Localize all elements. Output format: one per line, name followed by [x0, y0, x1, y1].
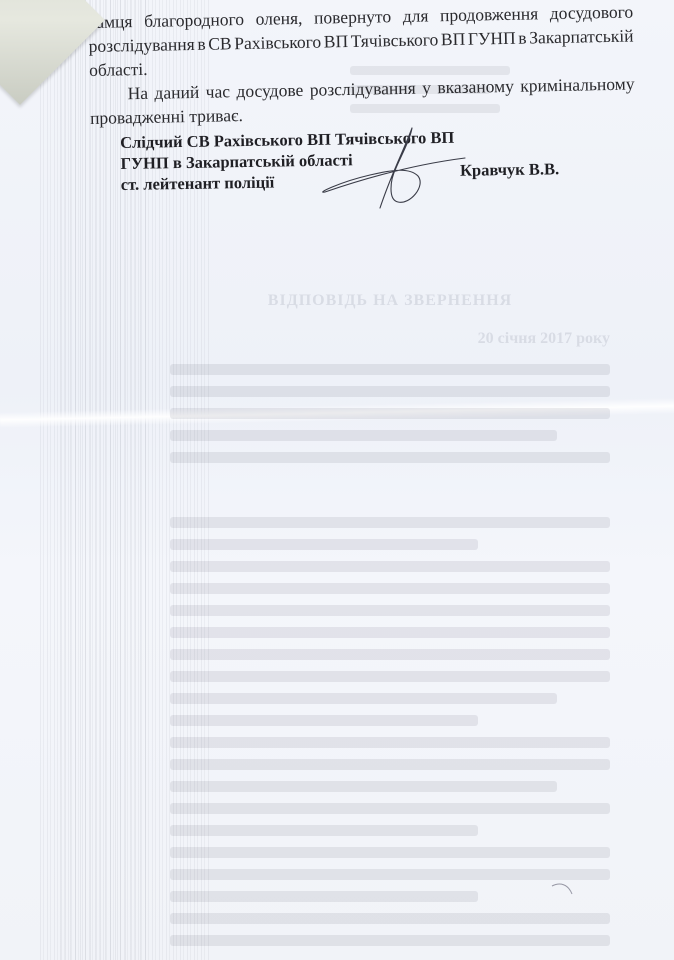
word: На	[127, 81, 148, 105]
word: даний	[154, 80, 199, 105]
handwritten-signature-icon	[300, 120, 470, 220]
word: СВ	[208, 31, 232, 55]
word: розслідування	[309, 76, 415, 102]
bleed-through-date: 20 січня 2017 року	[170, 328, 610, 350]
word: досудового	[550, 0, 634, 25]
word: у	[422, 75, 431, 99]
document-page: ВІДПОВІДЬ НА ЗВЕРНЕННЯ 20 січня 2017 рок…	[0, 0, 674, 960]
word: для	[402, 3, 428, 27]
pen-mark-icon	[550, 882, 574, 896]
signer-name: Кравчук В.В.	[460, 159, 559, 181]
word: кримінальному	[520, 72, 635, 98]
word: розслідування	[88, 32, 194, 58]
word: продовження	[440, 1, 539, 27]
word: досудове	[236, 78, 303, 103]
word: час	[205, 79, 230, 103]
word: Рахівського	[234, 30, 321, 56]
word: Тячівського	[351, 27, 439, 53]
word: Закарпатській	[529, 24, 634, 50]
word: ВП	[441, 27, 466, 51]
bleed-through-title: ВІДПОВІДЬ НА ЗВЕРНЕННЯ	[170, 290, 610, 312]
word: в	[518, 26, 527, 50]
word: в	[197, 32, 206, 56]
word: повернуто	[314, 4, 392, 29]
word: ВП	[324, 29, 349, 53]
body-paragraph: самцяблагородногооленя,повернутодляпродо…	[88, 0, 635, 130]
word: оленя,	[255, 6, 302, 31]
bleed-through-text: ВІДПОВІДЬ НА ЗВЕРНЕННЯ 20 січня 2017 рок…	[170, 290, 610, 957]
word: ГУНП	[468, 26, 516, 51]
word: вказаному	[437, 74, 514, 99]
word: благородного	[144, 7, 244, 33]
